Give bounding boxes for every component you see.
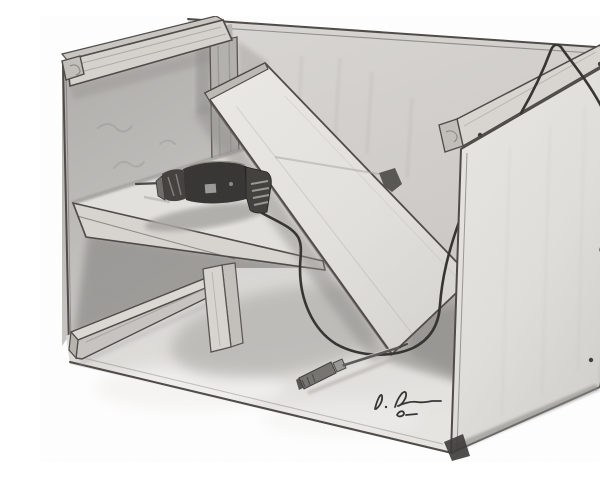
pencil-illustration: Workshop drill box illustration Hand-dra… (40, 16, 600, 462)
paper-grain-overlay (40, 16, 600, 462)
